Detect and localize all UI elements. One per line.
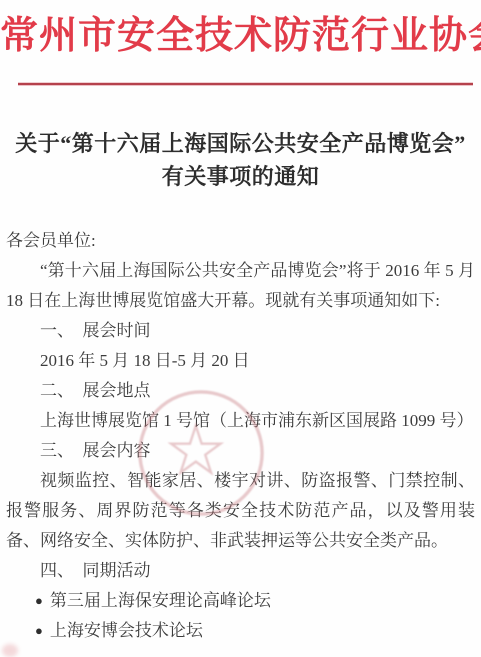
list-item-forum-2: ● 上海安博会技术论坛 (6, 616, 475, 646)
doc-title-line1: 关于“第十六届上海国际公共安全产品博览会” (0, 127, 481, 160)
salutation: 各会员单位: (6, 226, 475, 256)
intro-paragraph: “第十六届上海国际公共安全产品博览会”将于 2016 年 5 月 18 日在上海… (6, 256, 475, 316)
section-3-heading: 三、 展会内容 (6, 436, 475, 466)
doc-body: 各会员单位: “第十六届上海国际公共安全产品博览会”将于 2016 年 5 月 … (0, 226, 481, 646)
section-2-content: 上海世博展览馆 1 号馆（上海市浦东新区国展路 1099 号） (6, 406, 475, 436)
list-item-forum-1: ● 第三届上海保安理论高峰论坛 (6, 586, 475, 616)
doc-title-line2: 有关事项的通知 (0, 160, 481, 193)
letterhead-rule (18, 83, 473, 85)
doc-title: 关于“第十六届上海国际公共安全产品博览会” 有关事项的通知 (0, 127, 481, 193)
section-1-heading: 一、 展会时间 (6, 316, 475, 346)
section-4-heading: 四、 同期活动 (6, 556, 475, 586)
letterhead-org-name: 常州市安全技术防范行业协会 (0, 0, 481, 61)
section-3-content: 视频监控、智能家居、楼宇对讲、防盗报警、门禁控制、报警服务、周界防范等各类安全技… (6, 466, 475, 556)
document-page: 常州市安全技术防范行业协会 关于“第十六届上海国际公共安全产品博览会” 有关事项… (0, 0, 481, 657)
section-2-heading: 二、 展会地点 (6, 376, 475, 406)
bullet-text: 第三届上海保安理论高峰论坛 (50, 586, 271, 616)
section-1-content: 2016 年 5 月 18 日-5 月 20 日 (6, 346, 475, 376)
bullet-icon: ● (35, 616, 43, 646)
bullet-text: 上海安博会技术论坛 (50, 616, 203, 646)
bullet-icon: ● (35, 586, 43, 616)
